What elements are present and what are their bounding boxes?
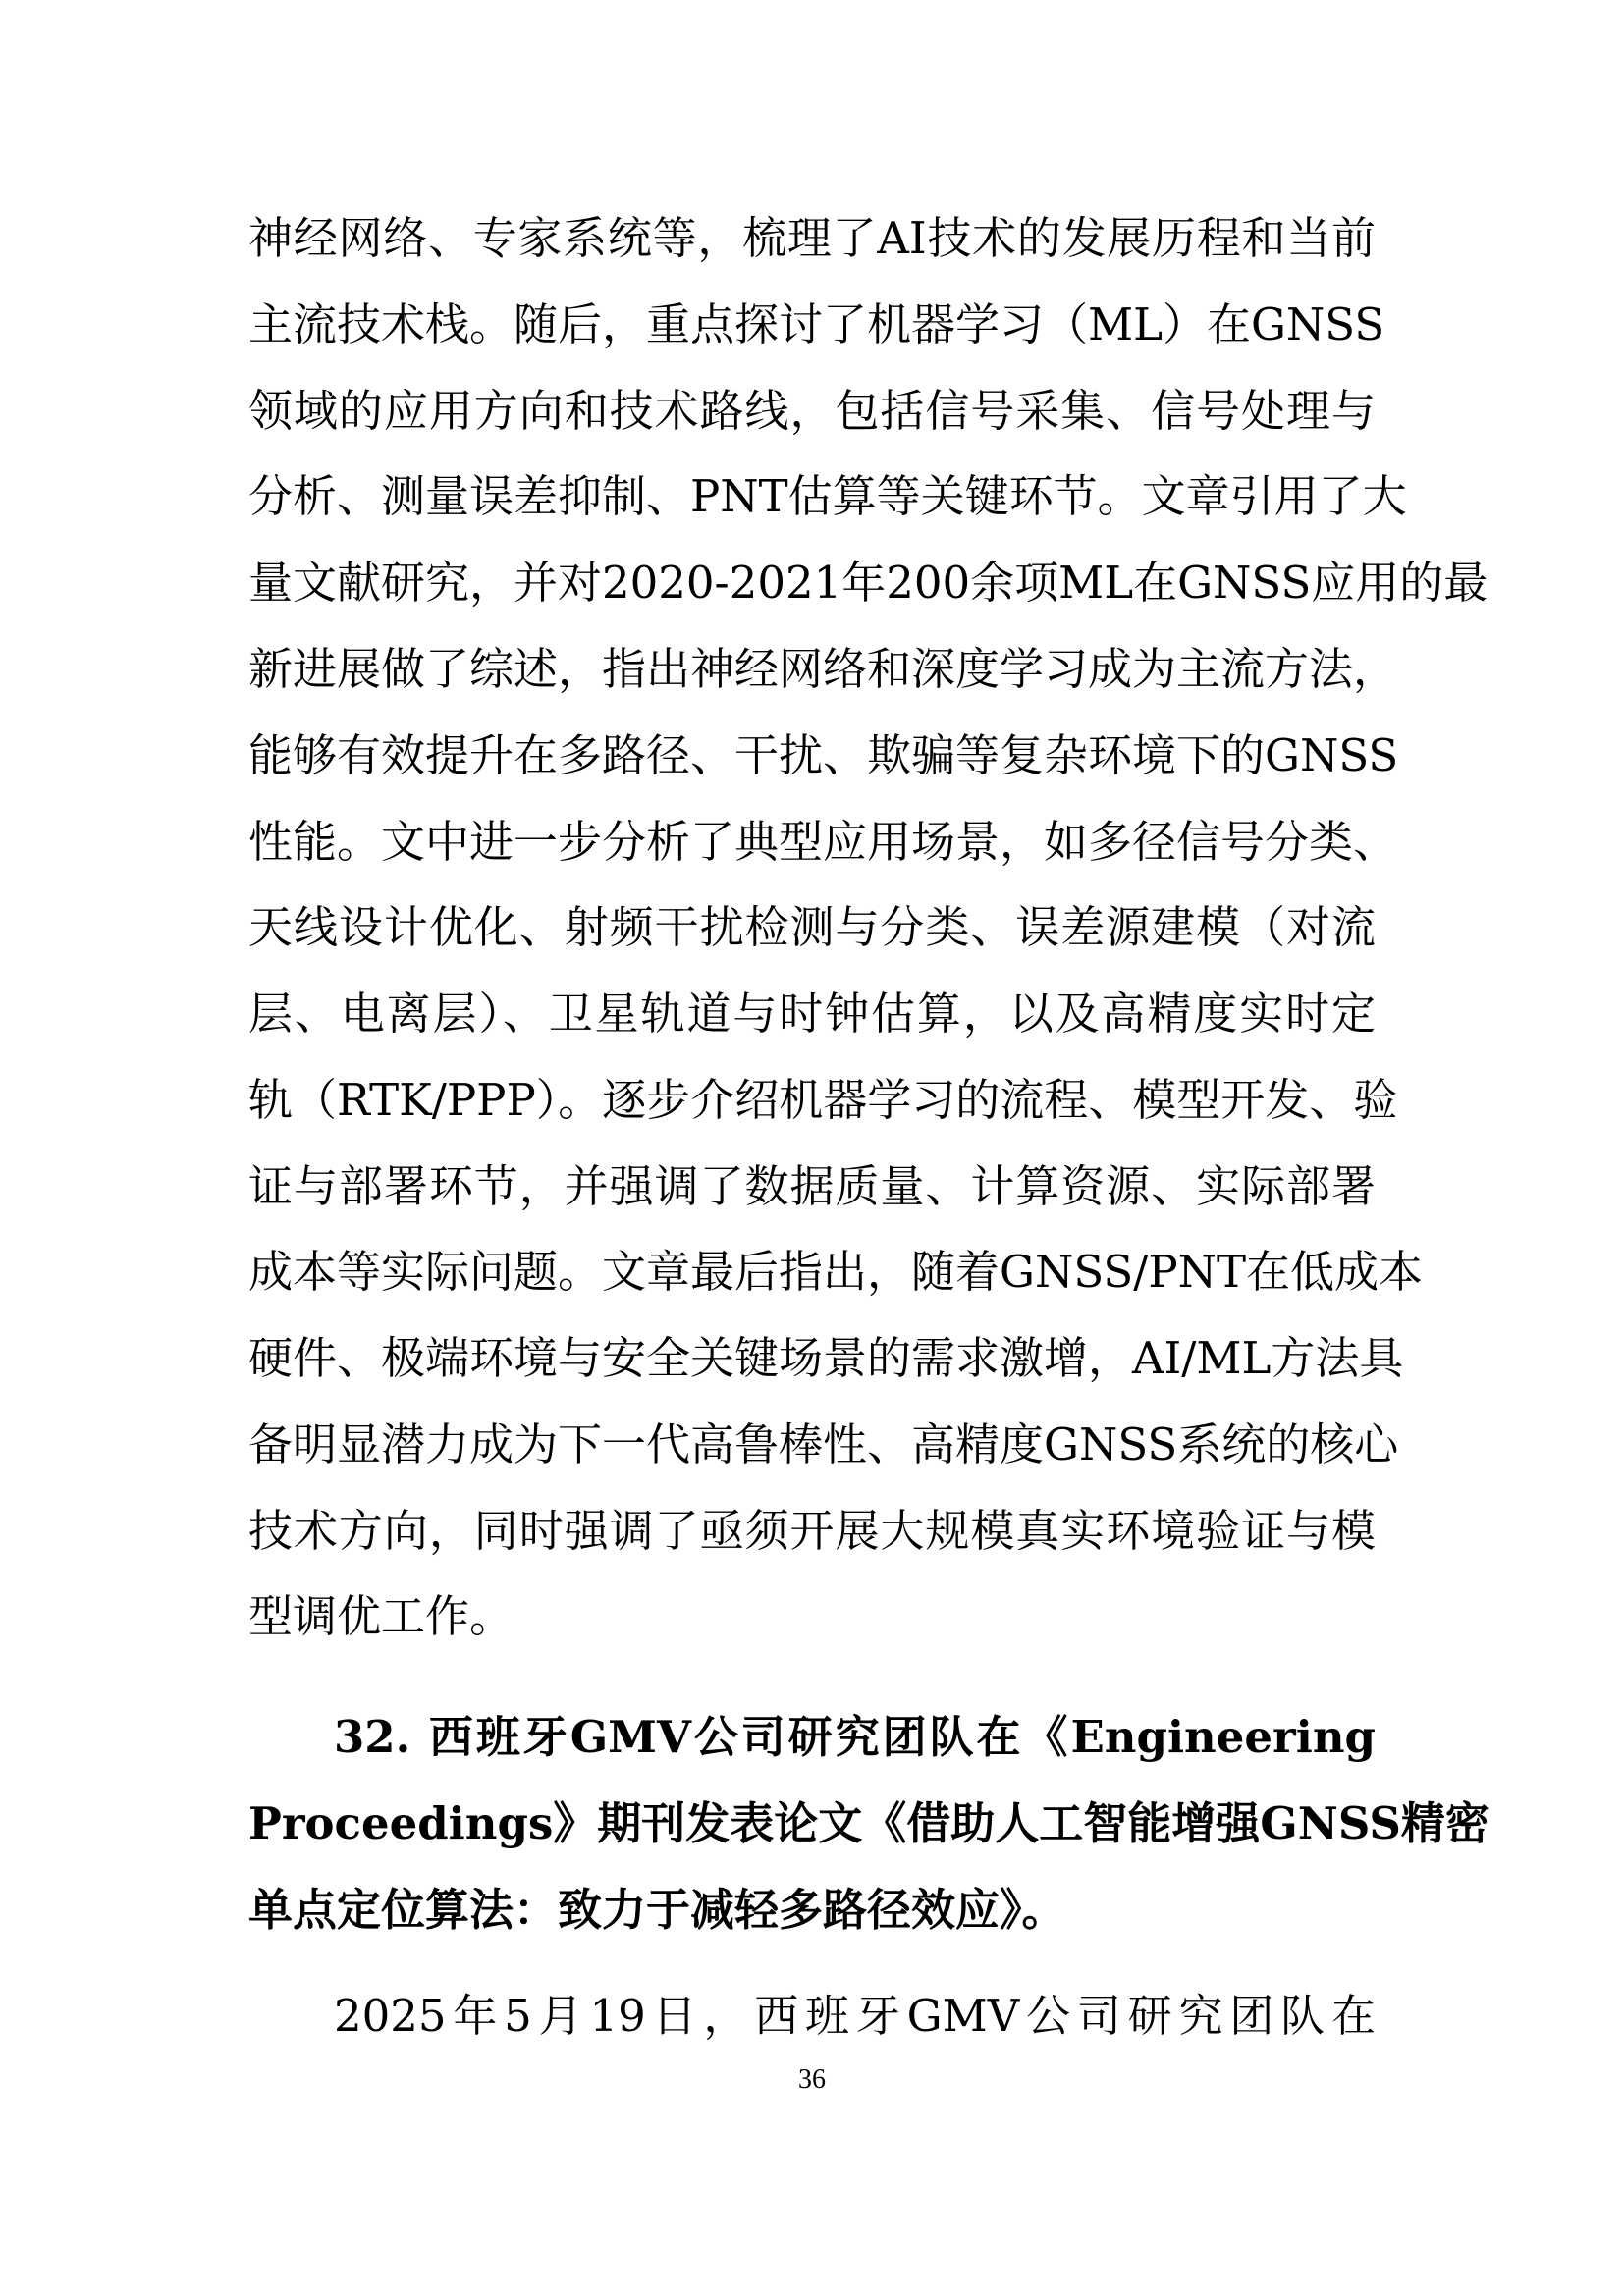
paragraph-line: 技术方向，同时强调了亟须开展大规模真实环境验证与模 (248, 1502, 1376, 1561)
paragraph-line: 备明显潜力成为下一代高鲁棒性、高精度GNSS系统的核心 (248, 1415, 1376, 1474)
paragraph-line: 神经网络、专家系统等，梳理了AI技术的发展历程和当前 (248, 209, 1376, 268)
heading-line: Proceedings》期刊发表论文《借助人工智能增强GNSS精密 (248, 1794, 1376, 1853)
paragraph-line: 型调优工作。 (248, 1587, 1376, 1646)
paragraph-line: 天线设计优化、射频干扰检测与分类、误差源建模（对流 (248, 898, 1376, 957)
heading-line: 32. 西班牙GMV公司研究团队在《Engineering (334, 1708, 1376, 1767)
paragraph-line: 主流技术栈。随后，重点探讨了机器学习（ML）在GNSS (248, 295, 1376, 354)
paragraph-line: 性能。文中进一步分析了典型应用场景，如多径信号分类、 (248, 813, 1376, 872)
paragraph-line: 成本等实际问题。文章最后指出，随着GNSS/PNT在低成本 (248, 1243, 1376, 1302)
paragraph-line: 2025年5月19日，西班牙GMV公司研究团队在 (334, 1987, 1376, 2046)
document-page: 神经网络、专家系统等，梳理了AI技术的发展历程和当前 主流技术栈。随后，重点探讨… (0, 0, 1624, 2296)
paragraph-line: 能够有效提升在多路径、干扰、欺骗等复杂环境下的GNSS (248, 726, 1376, 785)
paragraph-line: 轨（RTK/PPP）。逐步介绍机器学习的流程、模型开发、验 (248, 1071, 1376, 1130)
paragraph-line: 量文献研究，并对2020-2021年200余项ML在GNSS应用的最 (248, 554, 1376, 613)
paragraph-line: 证与部署环节，并强调了数据质量、计算资源、实际部署 (248, 1157, 1376, 1216)
paragraph-line: 层、电离层）、卫星轨道与时钟估算，以及高精度实时定 (248, 985, 1376, 1043)
heading-line: 单点定位算法：致力于减轻多路径效应》。 (248, 1881, 1376, 1940)
page-number: 36 (0, 2064, 1624, 2096)
paragraph-line: 分析、测量误差抑制、PNT估算等关键环节。文章引用了大 (248, 467, 1376, 526)
paragraph-line: 硬件、极端环境与安全关键场景的需求激增，AI/ML方法具 (248, 1329, 1376, 1388)
paragraph-line: 新进展做了综述，指出神经网络和深度学习成为主流方法， (248, 640, 1376, 699)
paragraph-line: 领域的应用方向和技术路线，包括信号采集、信号处理与 (248, 382, 1376, 441)
